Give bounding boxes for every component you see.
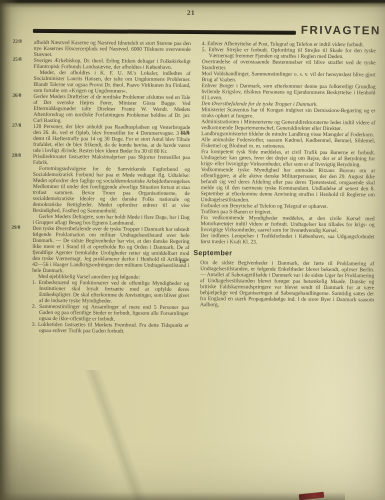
- chronicle-entry: 1/9Om de sidste Begivenheder i Danmark, …: [200, 260, 374, 309]
- entry-paragraph: Mødet, der afholdtes i K. F. U. M.'s Lok…: [33, 70, 190, 95]
- chronicle-entry: 31/8Landbrugsministeriet tildeler de min…: [200, 131, 375, 246]
- column-left: 22/8afholdt Næstved Kaserne og Næstved I…: [32, 40, 191, 335]
- entry-date: 1/9: [179, 260, 197, 266]
- masthead-title: FRIVAGTEN: [301, 25, 381, 38]
- entry-paragraph: Gerlev Mødets Drøftelser af de nordiske …: [33, 94, 190, 125]
- entry-paragraph: Enhver Borger i Danmark, som efterkommer…: [201, 83, 375, 102]
- chronicle-entry: 22/8afholdt Næstved Kaserne og Næstved I…: [34, 40, 191, 59]
- column-right: 4. Enhver Afbenyttelse af Post, Telegraf…: [200, 41, 376, 309]
- entry-paragraph: 1. Embedsmænd og Funktionærer ved de off…: [32, 280, 189, 305]
- chronicle-entry: 28/8Prisdirektoratet fastsætter Maksimal…: [33, 154, 190, 227]
- section-header: September: [193, 251, 374, 258]
- chronicle-entry: 4. Enhver Afbenyttelse af Post, Telegraf…: [201, 41, 376, 132]
- page-number: 21: [187, 9, 195, 17]
- chronicle-entry: 26/8Gerlev Mødets Drøftelser af de nordi…: [33, 94, 190, 125]
- chronicle-entry: 29/8Den tyske Øverstbefalende over de ty…: [32, 226, 190, 335]
- entry-date: 26/8: [12, 94, 30, 100]
- chronicle-entry: 25/8Sveriges Ærkebiskop, Dr. theol. Erli…: [33, 58, 190, 95]
- entry-paragraph: 3. Lukketiden fastsættes til Mørkets Fre…: [32, 322, 189, 335]
- entry-paragraph: Fra vedkommende Myndigheder meddeles, at…: [201, 215, 375, 234]
- entry-paragraph: Den tyske Øverstbefalende over de tyske …: [32, 226, 189, 275]
- entry-paragraph: Prisdirektoratet fastsætter Maksimalpris…: [33, 154, 190, 167]
- entry-date: 22/8: [13, 40, 31, 46]
- chronicle-entry: 27/8120 Personer, der blev anholdt paa R…: [33, 124, 190, 155]
- entry-paragraph: 120 Personer, der blev anholdt paa Raadh…: [33, 124, 190, 155]
- entry-paragraph: Sveriges Ærkebiskop, Dr. theol. Erling E…: [34, 58, 191, 71]
- printed-content: 21 FRIVAGTEN 22/8afholdt Næstved Kaserne…: [0, 0, 385, 500]
- entry-paragraph: Om de sidste Begivenheder i Danmark, der…: [200, 260, 374, 309]
- entry-date: 29/8: [12, 226, 30, 232]
- scanned-document-page: 21 FRIVAGTEN 22/8afholdt Næstved Kaserne…: [0, 0, 385, 500]
- entry-paragraph: 2. Sammenstimlinger og Ansamlinger af me…: [32, 304, 189, 323]
- entry-paragraph: Der indføres Lempelser i Trafikforbudet …: [200, 233, 374, 246]
- entry-date: 27/8: [12, 124, 30, 130]
- masthead-rule: [33, 29, 296, 35]
- entry-date: 31/8: [180, 131, 198, 137]
- entry-paragraph: Fra kompetent tysk Side meddeles, at civ…: [201, 149, 375, 168]
- entry-date: 28/8: [12, 154, 30, 160]
- entry-paragraph: afholdt Næstved Kaserne og Næstved Idræt…: [34, 40, 191, 59]
- entry-date: 25/8: [13, 58, 31, 64]
- entry-paragraph: Forretningsudvalgene for de Samvirkende …: [33, 166, 190, 215]
- entry-paragraph: Gerlev Mødets Deltagere, som har holdt M…: [33, 214, 190, 227]
- entry-paragraph: Vedkommende tyske Myndighed har anmodet …: [201, 167, 375, 204]
